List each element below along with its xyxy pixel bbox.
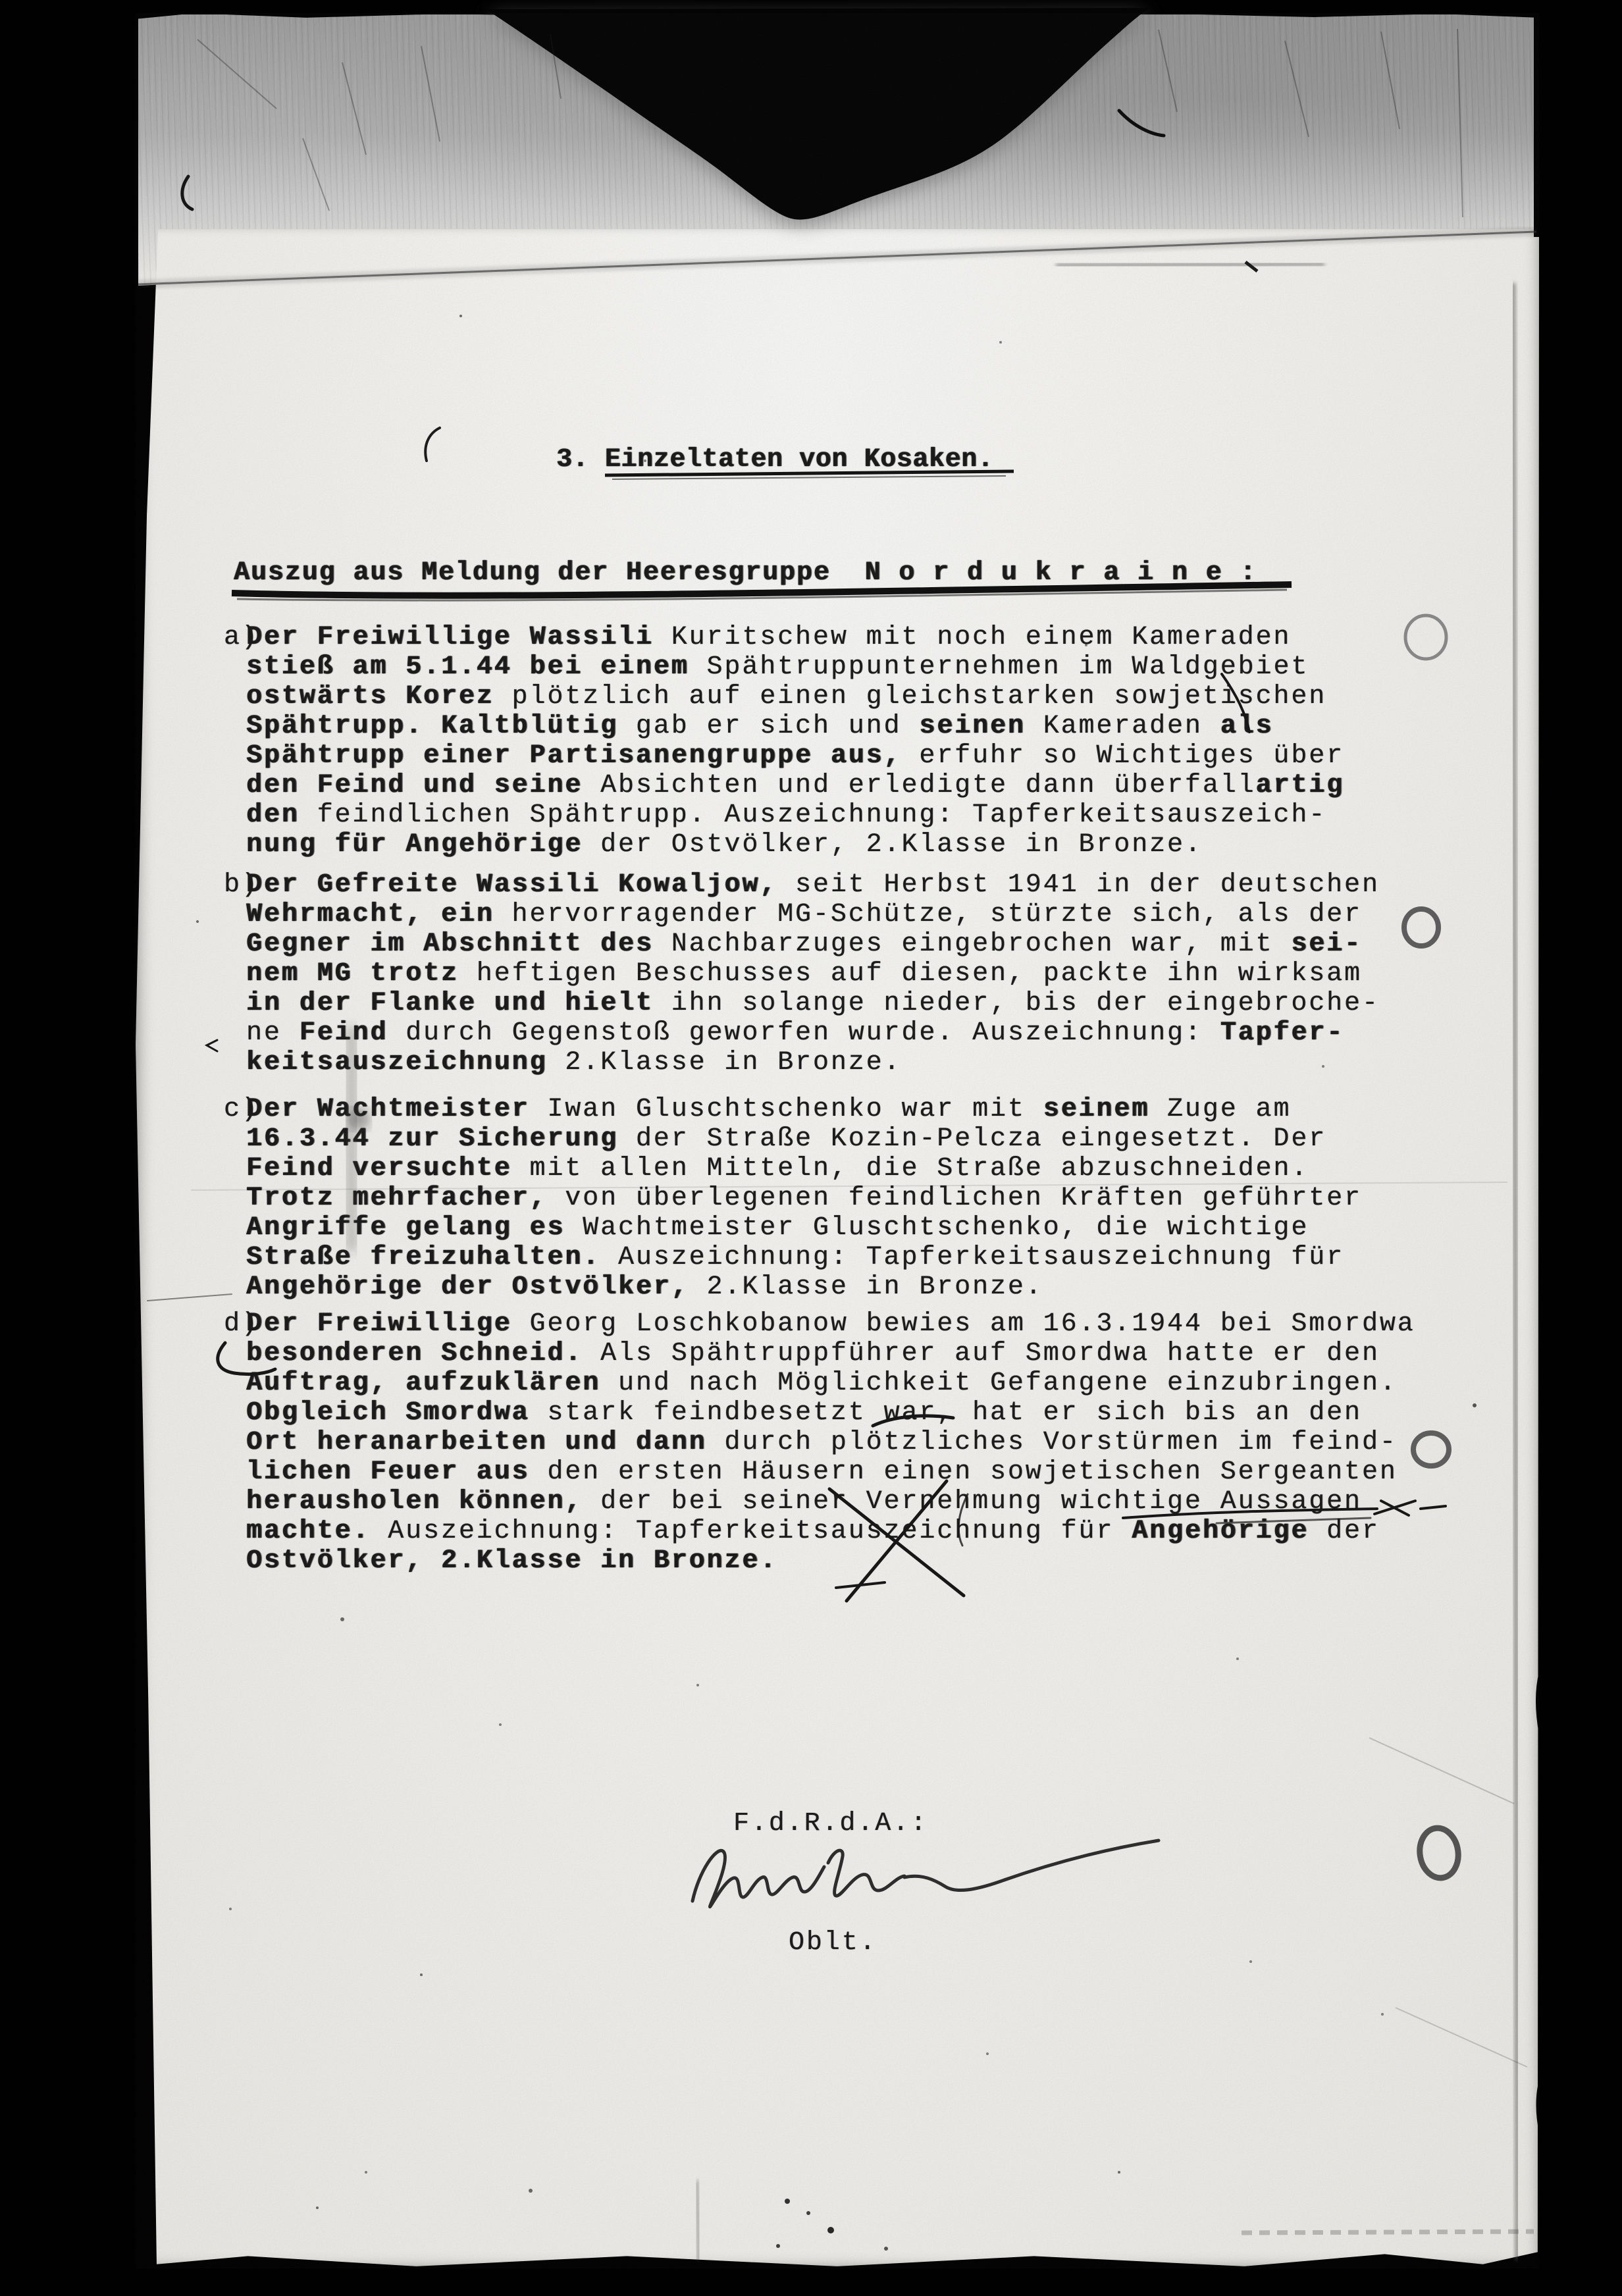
source-line: Auszug aus Meldung der Heeresgruppe N o … (234, 558, 1257, 588)
paragraph-line: ostwärts Korez plötzlich auf einen gleic… (246, 682, 1431, 712)
paragraph-line: Spähtrupp. Kaltblütig gab er sich und se… (246, 712, 1431, 741)
entry-label: b) (224, 870, 259, 900)
paragraph-line: keitsauszeichnung 2.Klasse in Bronze. (246, 1048, 1431, 1078)
entry-label: c) (224, 1095, 259, 1124)
entries: a)Der Freiwillige Wassili Kuritschew mit… (246, 623, 1431, 1576)
entry-a: a)Der Freiwillige Wassili Kuritschew mit… (246, 623, 1431, 860)
signature-rank: Oblt. (789, 1928, 877, 1958)
paragraph-line: Straße freizuhalten. Auszeichnung: Tapfe… (246, 1243, 1431, 1272)
paragraph-line: a)Der Freiwillige Wassili Kuritschew mit… (246, 623, 1431, 652)
entry-d: d)Der Freiwillige Georg Loschkobanow bew… (246, 1309, 1431, 1576)
paragraph-line: c)Der Wachtmeister Iwan Gluschtschenko w… (246, 1095, 1431, 1124)
paragraph-line: Trotz mehrfacher, von überlegenen feindl… (246, 1184, 1431, 1213)
paragraph-line: nung für Angehörige der Ostvölker, 2.Kla… (246, 830, 1431, 860)
paragraph-line: Obgleich Smordwa stark feindbesetzt war,… (246, 1398, 1431, 1428)
paragraph-line: lichen Feuer aus den ersten Häusern eine… (246, 1457, 1431, 1487)
paragraph-line: herausholen können, der bei seiner Verne… (246, 1487, 1431, 1517)
paragraph-line: stieß am 5.1.44 bei einem Spähtruppunter… (246, 652, 1431, 682)
certification-abbreviation: F.d.R.d.A.: (733, 1809, 928, 1839)
paragraph-line: Angriffe gelang es Wachtmeister Gluschts… (246, 1213, 1431, 1243)
paragraph-line: Feind versuchte mit allen Mitteln, die S… (246, 1154, 1431, 1184)
entry-label: a) (224, 623, 259, 652)
paragraph-line: nem MG trotz heftigen Beschusses auf die… (246, 959, 1431, 989)
paragraph-line: machte. Auszeichnung: Tapferkeitsauszeic… (246, 1517, 1431, 1546)
paragraph-line: Auftrag, aufzuklären und nach Möglichkei… (246, 1369, 1431, 1398)
paragraph-line: Ort heranarbeiten und dann durch plötzli… (246, 1428, 1431, 1457)
paragraph-line: 16.3.44 zur Sicherung der Straße Kozin-P… (246, 1124, 1431, 1154)
paragraph-line: Spähtrupp einer Partisanengruppe aus, er… (246, 741, 1431, 771)
paragraph-line: den feindlichen Spähtrupp. Auszeichnung:… (246, 800, 1431, 830)
paragraph-line: Ostvölker, 2.Klasse in Bronze. (246, 1546, 1431, 1576)
paragraph-line: den Feind und seine Absichten und erledi… (246, 771, 1431, 800)
paragraph-line: b)Der Gefreite Wassili Kowaljow, seit He… (246, 870, 1431, 900)
page-title: 3. Einzeltaten von Kosaken. (556, 445, 993, 475)
entry-label: d) (224, 1309, 259, 1339)
entry-c: c)Der Wachtmeister Iwan Gluschtschenko w… (246, 1095, 1431, 1302)
paragraph-line: d)Der Freiwillige Georg Loschkobanow bew… (246, 1309, 1431, 1339)
paragraph-line: Angehörige der Ostvölker, 2.Klasse in Br… (246, 1272, 1431, 1302)
paragraph-line: besonderen Schneid. Als Spähtruppführer … (246, 1339, 1431, 1369)
entry-b: b)Der Gefreite Wassili Kowaljow, seit He… (246, 870, 1431, 1078)
paragraph-line: Gegner im Abschnitt des Nachbarzuges ein… (246, 929, 1431, 959)
paragraph-line: in der Flanke und hielt ihn solange nied… (246, 989, 1431, 1018)
paragraph-line: Wehrmacht, ein hervorragender MG-Schütze… (246, 900, 1431, 929)
paragraph-line: ne Feind durch Gegenstoß geworfen wurde.… (246, 1018, 1431, 1048)
